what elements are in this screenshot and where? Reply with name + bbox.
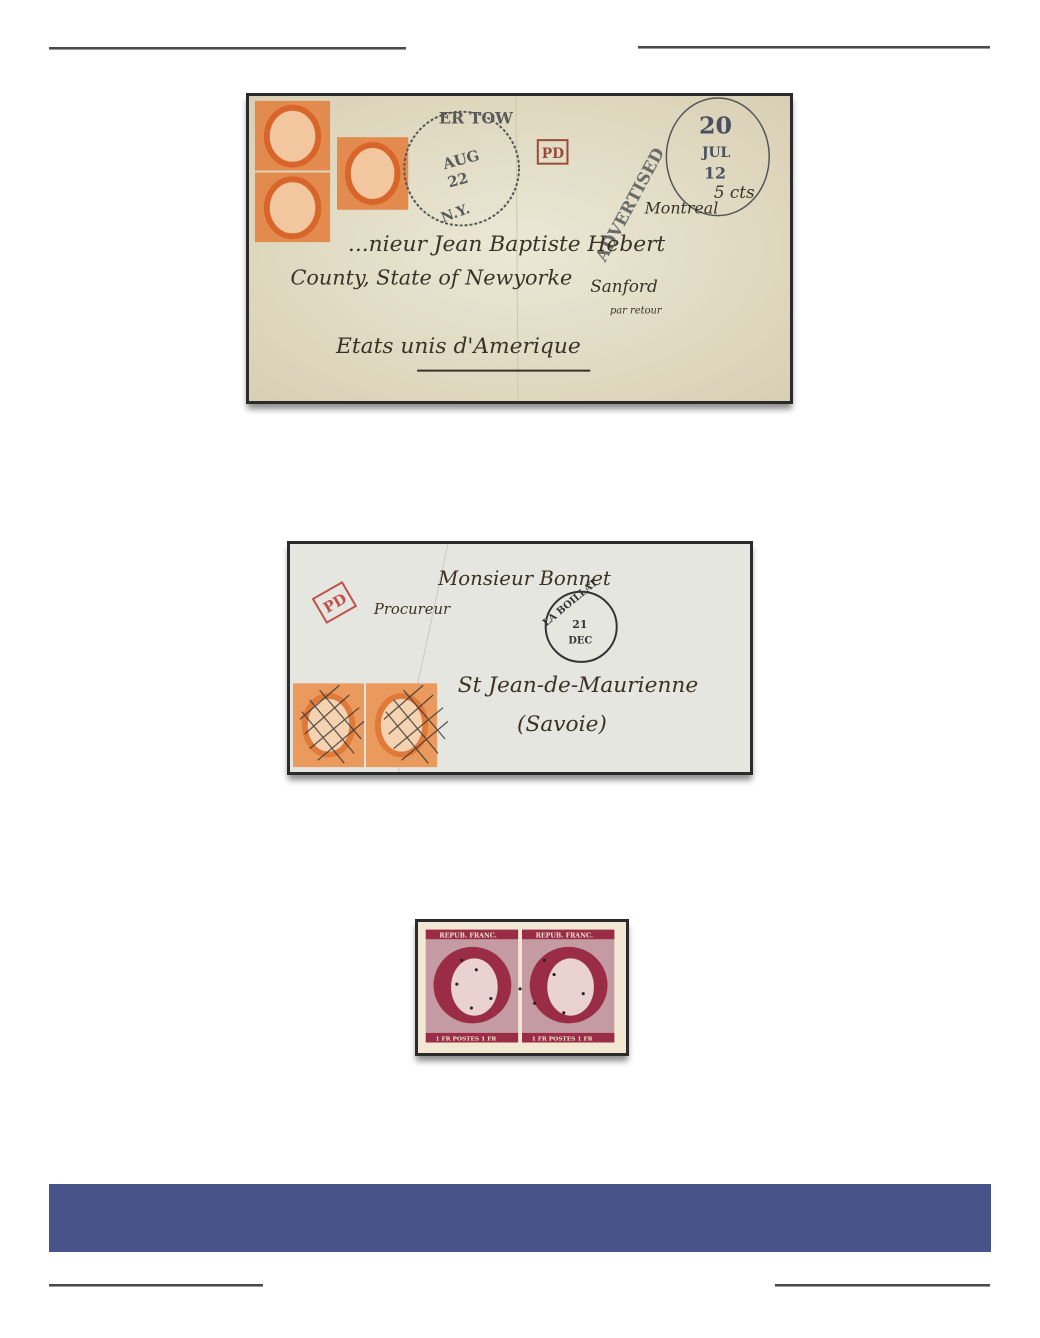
- svg-text:REPUB. FRANC.: REPUB. FRANC.: [536, 932, 593, 939]
- svg-text:Monsieur Bonnet: Monsieur Bonnet: [437, 567, 611, 590]
- carmine-stamp-right: REPUB. FRANC. 1 FR POSTES 1 FR: [522, 930, 614, 1043]
- svg-text:20: 20: [699, 111, 732, 139]
- svg-text:Procureur: Procureur: [373, 601, 451, 618]
- footer-band: [49, 1184, 991, 1252]
- cover-photo-us-letter: ER TOW AUG 22 N.Y. PD ADVERTISED 20 JUL …: [246, 93, 793, 404]
- svg-text:(Savoie): (Savoie): [517, 712, 607, 737]
- stamp-pair-photo: REPUB. FRANC. 1 FR POSTES 1 FR REPUB. FR…: [415, 919, 629, 1056]
- footer-rule-right: [775, 1284, 990, 1287]
- carmine-stamp-left: REPUB. FRANC. 1 FR POSTES 1 FR: [426, 930, 518, 1043]
- svg-text:1 FR POSTES 1 FR: 1 FR POSTES 1 FR: [532, 1037, 593, 1043]
- svg-text:Sanford: Sanford: [590, 276, 658, 296]
- svg-text:12: 12: [704, 163, 726, 182]
- svg-text:REPUB. FRANC.: REPUB. FRANC.: [439, 932, 496, 939]
- svg-text:1 FR POSTES 1 FR: 1 FR POSTES 1 FR: [435, 1037, 496, 1043]
- cover-photo-savoie-letter: PD LA BOILLAT 21 DEC Monsieur Bonnet Pro…: [287, 541, 753, 775]
- svg-text:21: 21: [572, 618, 587, 631]
- svg-text:St Jean-de-Maurienne: St Jean-de-Maurienne: [458, 673, 698, 698]
- svg-text:DEC: DEC: [568, 635, 592, 646]
- svg-text:par retour: par retour: [610, 306, 663, 317]
- svg-text:PD: PD: [542, 146, 564, 162]
- svg-text:Etats unis d'Amerique: Etats unis d'Amerique: [335, 334, 581, 359]
- stamp-pair: [293, 683, 448, 767]
- svg-text:5 cts: 5 cts: [714, 182, 755, 202]
- svg-text:County, State of Newyorke: County, State of Newyorke: [291, 265, 573, 289]
- svg-text:...nieur Jean Baptiste Hebert: ...nieur Jean Baptiste Hebert: [348, 232, 666, 257]
- svg-text:JUL: JUL: [700, 145, 731, 161]
- header-rule-left: [49, 47, 406, 50]
- svg-text:ER TOW: ER TOW: [439, 109, 513, 128]
- svg-text:Montreal: Montreal: [644, 199, 719, 218]
- footer-rule-left: [49, 1284, 263, 1287]
- header-rule-right: [638, 46, 990, 49]
